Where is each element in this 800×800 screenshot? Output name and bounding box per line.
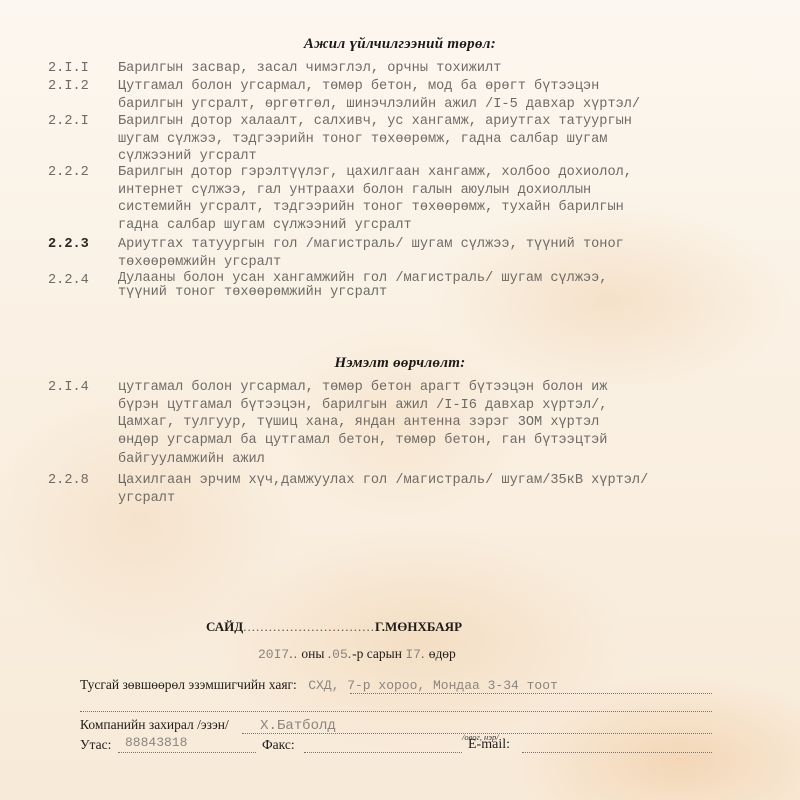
item-text: Цахилгаан эрчим хүч,дамжуулах гол /магис… bbox=[118, 472, 648, 507]
fax-label: Факс: bbox=[262, 737, 295, 753]
address-dotted-line-2 bbox=[80, 711, 712, 712]
minister-name: Г.МӨНХБАЯР bbox=[375, 619, 462, 634]
issue-date: 20I7.. оны .05.-р сарын I7. өдөр bbox=[258, 646, 456, 662]
date-month: 05 bbox=[332, 647, 348, 662]
item-number: 2.I.2 bbox=[48, 78, 118, 96]
email-label: E-mail: bbox=[468, 737, 510, 753]
item-number: 2.2.2 bbox=[48, 164, 118, 182]
email-dotted-line bbox=[522, 752, 712, 753]
item-text: Цутгамал болон угсармал, төмөр бетон, мо… bbox=[118, 78, 640, 113]
item-number: 2.2.3 bbox=[48, 236, 118, 254]
address-dotted-line bbox=[350, 693, 712, 694]
minister-title: САЙД bbox=[206, 619, 243, 634]
address-row: Тусгай зөвшөөрөл эзэмшигчийн хаяг: СХД, … bbox=[80, 677, 558, 693]
phone-value: 88843818 bbox=[125, 735, 187, 750]
date-month-label: -р сарын bbox=[352, 646, 402, 661]
item-text: Барилгын дотор гэрэлтүүлэг, цахилгаан ха… bbox=[118, 164, 632, 234]
item-text: цутгамал болон угсармал, төмөр бетон ара… bbox=[118, 379, 607, 469]
date-day-label: өдөр bbox=[429, 646, 456, 661]
section-heading-services: Ажил үйлчилгээний төрөл: bbox=[0, 36, 800, 53]
phone-label: Утас: bbox=[80, 737, 111, 753]
director-value: Х.Батболд bbox=[260, 718, 336, 734]
date-year: 20I7 bbox=[258, 647, 289, 662]
item-number: 2.I.4 bbox=[48, 379, 118, 397]
item-number: 2.2.I bbox=[48, 113, 118, 131]
signature-dots: ............................... bbox=[243, 619, 375, 634]
date-year-label: оны bbox=[301, 646, 324, 661]
fax-dotted-line bbox=[304, 752, 462, 753]
phone-dotted-line bbox=[118, 752, 256, 753]
date-day: I7 bbox=[405, 647, 421, 662]
item-text: Барилгын дотор халаалт, салхивч, ус ханг… bbox=[118, 113, 632, 166]
address-label: Тусгай зөвшөөрөл эзэмшигчийн хаяг: bbox=[80, 677, 297, 692]
item-number: 2.2.8 bbox=[48, 472, 118, 490]
item-text: Ариутгах татуургын гол /магистраль/ шуга… bbox=[118, 236, 624, 271]
address-value: СХД, 7-р хороо, Мондаа 3-34 тоот bbox=[308, 678, 558, 693]
director-row: Компанийн захирал /эзэн/ Х.Батболд bbox=[80, 717, 336, 734]
item-number: 2.2.4 bbox=[48, 272, 118, 290]
item-number: 2.I.I bbox=[48, 60, 118, 78]
item-text: Дулааны болон усан хангамжийн гол /магис… bbox=[118, 272, 607, 300]
license-document-page: Ажил үйлчилгээний төрөл: 2.I.I Барилгын … bbox=[0, 0, 800, 800]
section-heading-amendments: Нэмэлт өөрчлөлт: bbox=[0, 355, 800, 372]
item-text: Барилгын засвар, засал чимэглэл, орчны т… bbox=[118, 60, 501, 78]
director-label: Компанийн захирал /эзэн/ bbox=[80, 717, 229, 732]
minister-signature-line: САЙД...............................Г.МӨН… bbox=[206, 619, 462, 635]
